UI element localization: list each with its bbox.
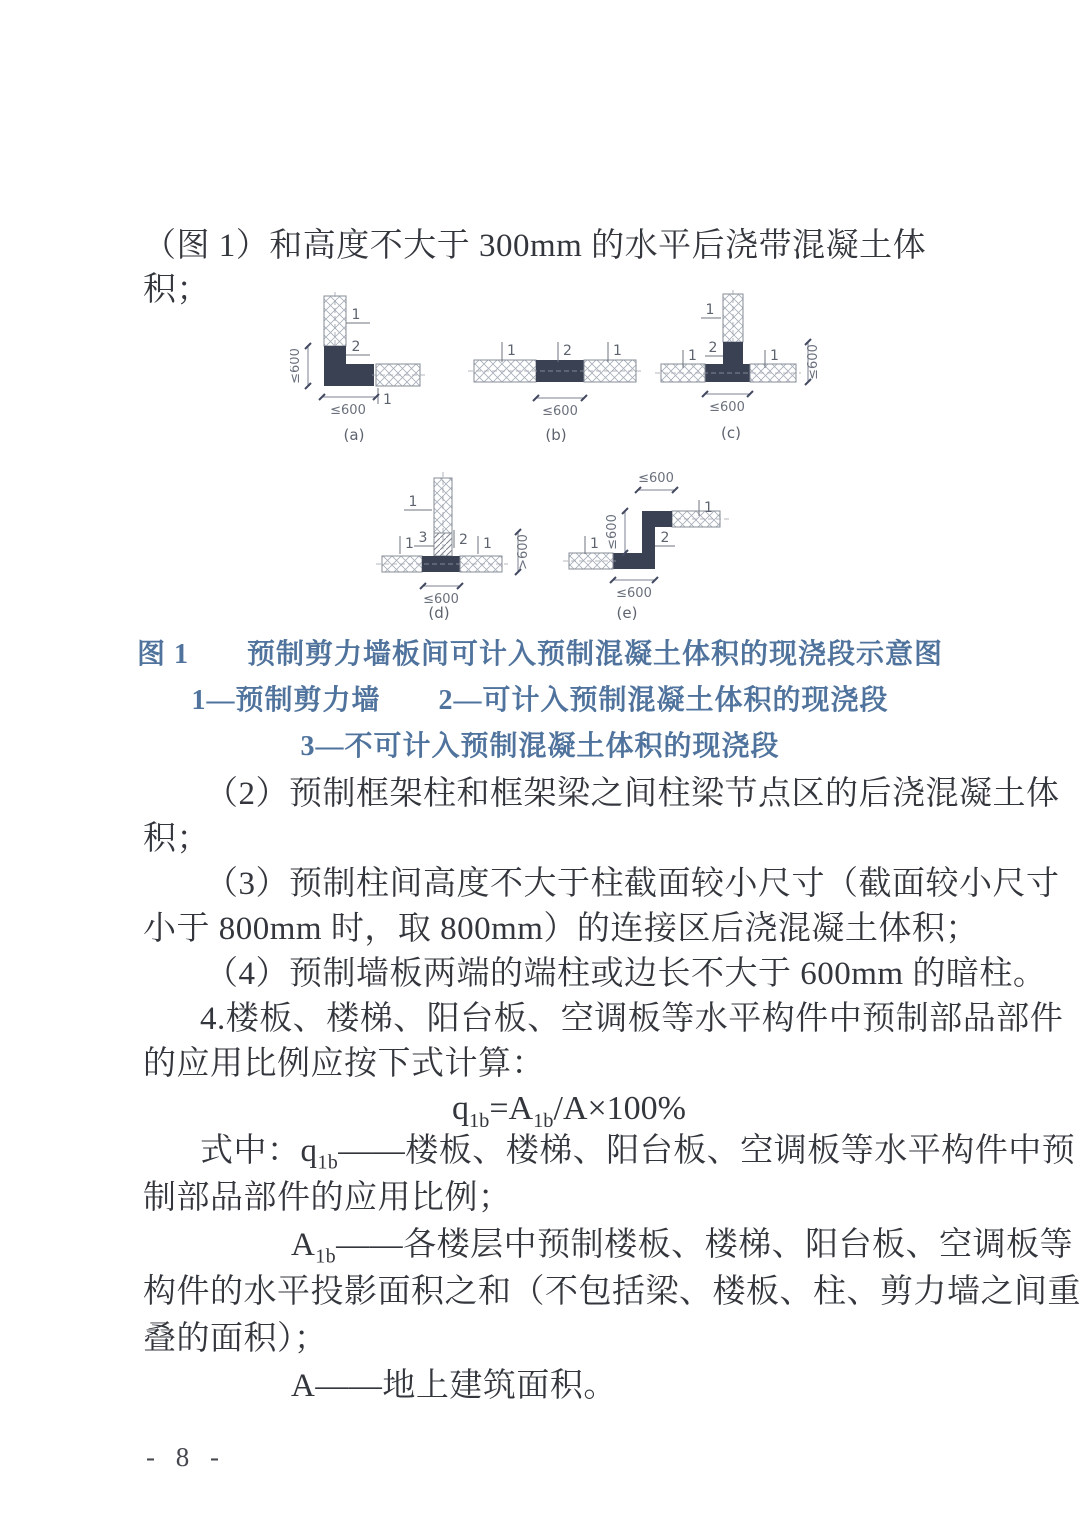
text-run: ——各楼层中预制楼板、楼梯、阳台板、空调板等 [336, 1227, 1073, 1263]
figure-caption-title: 图 1 预制剪力墙板间可计入预制混凝土体积的现浇段示意图 [100, 632, 980, 678]
figure-diagram-b: 1 2 1 ≤600 (b) [466, 292, 644, 444]
text-line: （2）预制框架柱和框架梁之间柱梁节点区的后浇混凝土体 [143, 772, 945, 817]
text-line: 积； [143, 817, 945, 862]
formula-q1b: q1b=A1b/A×100% [143, 1086, 945, 1132]
part-label: 1 [613, 343, 622, 359]
text-line: 式中：q1b——楼板、楼梯、阳台板、空调板等水平构件中预 [143, 1128, 945, 1175]
text-run: q [452, 1090, 469, 1127]
text-run: （4）预制墙板两端的端柱或边长不大于 600mm 的暗柱。 [205, 956, 1046, 992]
text-run: （3）预制柱间高度不大于柱截面较小尺寸（截面较小尺寸 [205, 866, 1060, 902]
dimension-label: ≤600 [605, 514, 620, 550]
text-line: 叠的面积）； [143, 1316, 945, 1363]
part-label: 1 [507, 343, 516, 359]
part-label: 2 [459, 532, 468, 548]
figure-diagram-a: 1 2 1 ≤600 ≤600 (a) [290, 292, 458, 444]
text-run: 制部品部件的应用比例； [143, 1180, 512, 1216]
dimension-label: ≤600 [330, 403, 366, 418]
part-label: 1 [770, 348, 779, 364]
part-label: 1 [352, 307, 361, 323]
part-label: 1 [405, 536, 414, 552]
figure-diagram-c: 1 2 1 1 ≤600 ≤600 (c) [653, 290, 851, 448]
figure-caption-legend-1: 1—预制剪力墙 2—可计入预制混凝土体积的现浇段 [100, 678, 980, 724]
part-label: 1 [483, 536, 492, 552]
figure-diagram-e: ≤600 1 1 ≤600 2 ≤600 (e) [561, 466, 736, 636]
dimension-label: ≤600 [709, 400, 745, 415]
part-label: 2 [563, 343, 572, 359]
text-line: 小于 800mm 时，取 800mm）的连接区后浇混凝土体积； [143, 907, 945, 952]
text-line: 4.楼板、楼梯、阳台板、空调板等水平构件中预制部品部件 [143, 997, 945, 1042]
subfigure-label: (e) [617, 604, 638, 622]
part-label: 1 [409, 494, 418, 510]
text-run: /A×100% [554, 1090, 687, 1127]
subfigure-label: (a) [344, 426, 365, 444]
part-label: 3 [419, 530, 428, 546]
text-run: 小于 800mm 时，取 800mm）的连接区后浇混凝土体积； [143, 911, 979, 947]
text-line: （4）预制墙板两端的端柱或边长不大于 600mm 的暗柱。 [143, 952, 945, 997]
dimension-label: ≤600 [806, 344, 821, 380]
text-run: （2）预制框架柱和框架梁之间柱梁节点区的后浇混凝土体 [205, 776, 1060, 812]
text-run: 的应用比例应按下式计算： [143, 1046, 545, 1082]
document-page: （图 1）和高度不大于 300mm 的水平后浇带混凝土体积； 1 2 1 ≤60… [0, 0, 1080, 1528]
part-label: 1 [590, 536, 599, 552]
text-line: 的应用比例应按下式计算： [143, 1042, 945, 1087]
part-label: 1 [706, 302, 715, 318]
dimension-label: >600 [516, 534, 531, 570]
dimension-label: ≤600 [616, 586, 652, 601]
dimension-label: ≤600 [542, 404, 578, 419]
text-run: A——地上建筑面积。 [291, 1368, 617, 1404]
text-run: A [291, 1227, 315, 1263]
figure-diagram-d: 1 3 2 1 1 >600 ≤600 (d) [356, 466, 581, 636]
part-label: 1 [688, 348, 697, 364]
figure-caption-legend-2: 3—不可计入预制混凝土体积的现浇段 [100, 724, 980, 770]
text-run: 积； [143, 821, 210, 857]
body-text-block-2: 式中：q1b——楼板、楼梯、阳台板、空调板等水平构件中预制部品部件的应用比例；A… [143, 1128, 945, 1410]
part-label: 2 [661, 530, 670, 546]
text-run: 式中：q [200, 1133, 318, 1169]
subfigure-label: (b) [545, 426, 566, 444]
subscript: 1b [315, 1246, 336, 1268]
text-run: 叠的面积）； [143, 1321, 328, 1357]
subfigure-label: (d) [428, 604, 449, 622]
text-line: A1b——各楼层中预制楼板、楼梯、阳台板、空调板等 [143, 1222, 945, 1269]
text-line: A——地上建筑面积。 [143, 1363, 945, 1410]
text-run: ——楼板、楼梯、阳台板、空调板等水平构件中预 [338, 1133, 1075, 1169]
text-run: =A [489, 1090, 533, 1127]
dimension-label: ≤600 [290, 348, 303, 384]
text-run: 4.楼板、楼梯、阳台板、空调板等水平构件中预制部品部件 [200, 1001, 1063, 1037]
part-label: 1 [383, 392, 392, 408]
part-label: 2 [352, 339, 361, 355]
figure-caption: 图 1 预制剪力墙板间可计入预制混凝土体积的现浇段示意图 1—预制剪力墙 2—可… [100, 632, 980, 770]
subscript: 1b [318, 1152, 339, 1174]
text-run: 构件的水平投影面积之和（不包括梁、楼板、柱、剪力墙之间重 [143, 1274, 1080, 1310]
part-label: 2 [709, 340, 718, 356]
body-text-block-1: （2）预制框架柱和框架梁之间柱梁节点区的后浇混凝土体积；（3）预制柱间高度不大于… [143, 772, 945, 1087]
text-line: 构件的水平投影面积之和（不包括梁、楼板、柱、剪力墙之间重 [143, 1269, 945, 1316]
subfigure-label: (c) [721, 424, 741, 442]
text-line: （3）预制柱间高度不大于柱截面较小尺寸（截面较小尺寸 [143, 862, 945, 907]
text-line: 制部品部件的应用比例； [143, 1175, 945, 1222]
part-label: 1 [704, 500, 713, 516]
dimension-label: ≤600 [638, 471, 674, 486]
page-number: - 8 - [146, 1442, 226, 1473]
